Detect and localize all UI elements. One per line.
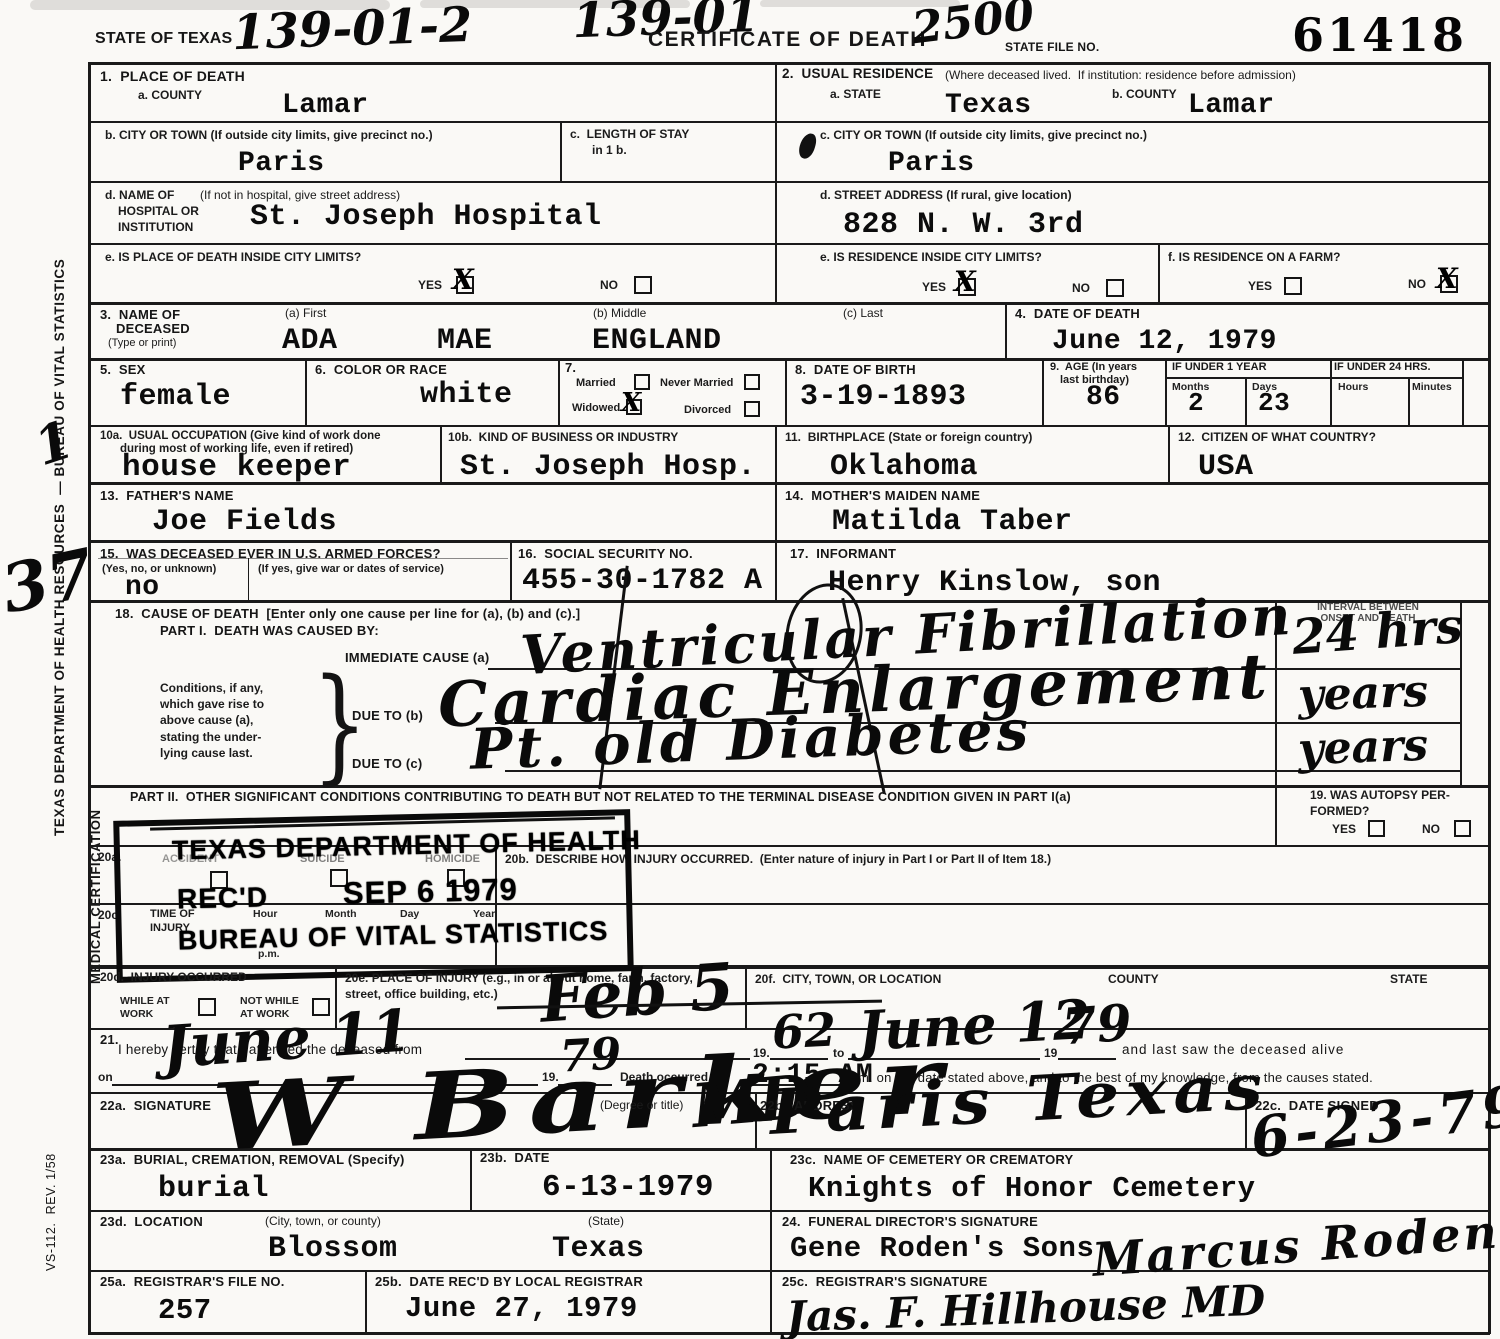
field-2e-limits-label: e. IS RESIDENCE INSIDE CITY LIMITS? [820, 250, 1042, 264]
field-2e-no-label: NO [1072, 281, 1090, 295]
field-9-days-value: 23 [1258, 388, 1290, 418]
field-23a-label: 23a. BURIAL, CREMATION, REMOVAL (Specify… [100, 1152, 405, 1167]
field-2-title: 2. USUAL RESIDENCE [782, 66, 933, 81]
field-5-sex-value: female [120, 380, 231, 414]
divider-line [770, 1210, 772, 1270]
field-2f-yes-checkbox [1284, 277, 1302, 295]
field-7-divorced-checkbox [744, 401, 760, 417]
field-18-due-c-label: DUE TO (c) [352, 756, 422, 771]
field-9-under1yr-header: IF UNDER 1 YEAR [1172, 361, 1267, 373]
field-14-mother-label: 14. MOTHER'S MAIDEN NAME [785, 488, 980, 503]
divider-line [1245, 377, 1247, 425]
field-23b-date-value: 6-13-1979 [542, 1170, 714, 1205]
divider-line [770, 1270, 772, 1332]
divider-line [305, 358, 307, 425]
divider-line [88, 540, 1490, 543]
field-3-middle-value: MAE [437, 324, 493, 358]
field-23a-value: burial [158, 1172, 269, 1206]
field-23b-date-label: 23b. DATE [480, 1150, 550, 1165]
field-16-ssn-label: 16. SOCIAL SECURITY NO. [518, 546, 693, 561]
divider-line [88, 243, 1490, 245]
field-9-under24-header: IF UNDER 24 HRS. [1334, 361, 1431, 373]
field-1e-yes-label: YES [418, 278, 442, 292]
field-23d-city-value: Blossom [268, 1232, 398, 1266]
divider-line [775, 425, 777, 482]
divider-line [745, 965, 747, 1028]
divider-line [1168, 425, 1170, 482]
stamp-line1: TEXAS DEPARTMENT OF HEALTH [172, 825, 642, 867]
field-20f-county-label: COUNTY [1108, 972, 1159, 986]
field-1d-label2: HOSPITAL OR [118, 204, 199, 218]
field-25a-value: 257 [158, 1294, 212, 1327]
field-24-funeral-home-typed: Gene Roden's Sons [790, 1232, 1094, 1265]
certificate-title: CERTIFICATE OF DEATH [648, 28, 927, 52]
field-1d-label: d. NAME OF [105, 188, 174, 202]
field-19-no-label: NO [1422, 822, 1440, 836]
interval-b-handwritten: years [1297, 670, 1428, 719]
field-22a-signature-label: 22a. SIGNATURE [100, 1098, 211, 1113]
field-25b-date-recd-label: 25b. DATE REC'D BY LOCAL REGISTRAR [375, 1274, 643, 1289]
field-8-dob-value: 3-19-1893 [800, 380, 967, 414]
divider-line [775, 540, 777, 600]
field-18-conditions-note: Conditions, if any, which gave rise to a… [160, 680, 264, 761]
field-10a-occupation-value: house keeper [122, 450, 351, 485]
field-18-title: 18. CAUSE OF DEATH [Enter only one cause… [115, 606, 580, 621]
divider-line [1158, 243, 1160, 302]
field-20f-state-label: STATE [1390, 972, 1428, 986]
divider-line [558, 358, 560, 425]
field-2f-no-check-mark: X [1436, 265, 1458, 293]
field-2b-county-label: b. COUNTY [1112, 87, 1177, 101]
margin-handwritten-37: 37 [0, 539, 100, 623]
divider-line [1462, 358, 1464, 425]
received-stamp: TEXAS DEPARTMENT OF HEALTH REC'D SEP 6 1… [113, 809, 634, 983]
field-2a-state-value: Texas [945, 90, 1032, 121]
field-7-widowed-check-mark: X [621, 390, 641, 416]
margin-form-code: VS-112. REV. 1/58 [44, 1090, 58, 1335]
field-1b-city-value: Paris [238, 148, 325, 179]
field-19-no-checkbox [1454, 820, 1471, 837]
divider-line [560, 121, 562, 181]
field-3-title3: (Type or print) [108, 337, 176, 349]
field-1c-stay-label2: in 1 b. [592, 143, 627, 157]
divider-line [510, 540, 512, 600]
margin-handwritten-1: 1 [29, 414, 79, 475]
field-1b-city-label: b. CITY OR TOWN (If outside city limits,… [105, 128, 433, 142]
field-3-first-label: (a) First [285, 306, 326, 320]
stamp-line3: BUREAU OF VITAL STATISTICS [178, 916, 609, 957]
field-23d-paren1: (City, town, or county) [265, 1214, 381, 1228]
field-21-pre19b: 19 [1044, 1046, 1057, 1060]
field-9-hours-label: Hours [1338, 381, 1368, 393]
field-10b-label: 10b. KIND OF BUSINESS OR INDUSTRY [448, 430, 678, 444]
field-2f-yes-label: YES [1248, 279, 1272, 293]
field-11-birthplace-label: 11. BIRTHPLACE (State or foreign country… [785, 430, 1032, 444]
cause-c-handwritten: Pt. old Diabetes [469, 702, 1033, 778]
field-3-last-label: (c) Last [843, 306, 883, 320]
field-13-father-value: Joe Fields [152, 505, 337, 539]
field-15-armed-forces-label: 15. WAS DECEASED EVER IN U.S. ARMED FORC… [100, 546, 441, 561]
field-3-title1: 3. NAME OF [100, 307, 180, 322]
field-2e-yes-label: YES [922, 280, 946, 294]
field-2c-city-label: c. CITY OR TOWN (If outside city limits,… [820, 128, 1147, 142]
field-1a-county-label: a. COUNTY [138, 88, 202, 102]
divider-line [88, 302, 1490, 305]
field-6-race-value: white [420, 378, 513, 412]
divider-line [1165, 358, 1167, 425]
field-2a-state-label: a. STATE [830, 87, 881, 101]
field-14-mother-value: Matilda Taber [832, 505, 1073, 539]
date-signed-handwritten: 6-23-79 [1248, 1077, 1500, 1166]
stamp-date: SEP 6 1979 [343, 872, 519, 912]
divider-line [88, 1210, 1490, 1212]
field-17-informant-label: 17. INFORMANT [790, 546, 896, 561]
state-of-texas-label: STATE OF TEXAS [95, 30, 232, 48]
divider-line [775, 62, 777, 302]
field-2b-county-value: Lamar [1188, 90, 1275, 121]
field-6-race-label: 6. COLOR OR RACE [315, 362, 447, 377]
divider-line [1408, 377, 1410, 425]
field-19-yes-label: YES [1332, 822, 1356, 836]
field-23d-paren2: (State) [588, 1214, 624, 1228]
divider-line [770, 1148, 772, 1210]
field-9-age-value: 86 [1086, 382, 1121, 413]
field-1d-label3: INSTITUTION [118, 220, 193, 234]
field-21-num: 21. [100, 1032, 119, 1047]
field-1-title: 1. PLACE OF DEATH [100, 68, 245, 84]
field-7-marital-label: 7. [565, 360, 576, 375]
field-8-dob-label: 8. DATE OF BIRTH [795, 362, 916, 377]
field-23d-state-value: Texas [552, 1232, 645, 1266]
divider-line [440, 425, 442, 482]
field-11-birthplace-value: Oklahoma [830, 450, 978, 484]
interval-c-handwritten: years [1297, 724, 1428, 773]
state-file-number: 61418 [1292, 8, 1467, 62]
field-18-part2: PART II. OTHER SIGNIFICANT CONDITIONS CO… [130, 790, 1071, 804]
field-13-father-label: 13. FATHER'S NAME [100, 488, 234, 503]
field-1e-yes-check-mark: X [452, 266, 474, 294]
divider-line [88, 425, 1490, 427]
field-2c-city-value: Paris [888, 148, 975, 179]
divider-line [88, 785, 1490, 788]
field-18-due-b-label: DUE TO (b) [352, 708, 423, 723]
divider-line [1488, 62, 1491, 1334]
divider-line [365, 1270, 367, 1332]
field-9-months-value: 2 [1188, 388, 1204, 418]
field-23d-location-label: 23d. LOCATION [100, 1214, 203, 1229]
field-25a-registrar-file-label: 25a. REGISTRAR'S FILE NO. [100, 1274, 285, 1289]
field-18-part1: PART I. DEATH WAS CAUSED BY: [160, 623, 379, 638]
field-20d-label: 20d. INJURY OCCURRED [100, 970, 247, 984]
field-1c-stay-label: c. LENGTH OF STAY [570, 127, 689, 141]
interval-a-handwritten: 24 hrs [1291, 602, 1465, 662]
field-10a-label1: 10a. USUAL OCCUPATION (Give kind of work… [100, 430, 381, 442]
field-5-sex-label: 5. SEX [100, 362, 145, 377]
divider-line [88, 121, 1490, 123]
field-21-on-label: on [98, 1070, 113, 1084]
field-4-date-of-death-value: June 12, 1979 [1052, 326, 1277, 357]
field-1d-hospital-value: St. Joseph Hospital [250, 200, 602, 234]
field-20f-label: 20f. CITY, TOWN, OR LOCATION [755, 972, 941, 986]
field-7-never-married-checkbox [744, 374, 760, 390]
field-2f-no-label: NO [1408, 277, 1426, 291]
field-23c-cemetery-value: Knights of Honor Cemetery [808, 1172, 1256, 1205]
field-7-divorced-label: Divorced [684, 404, 731, 416]
field-9-age-label1: 9. AGE (In years [1050, 361, 1137, 373]
field-16-ssn-value: 455-30-1782 A [522, 564, 763, 598]
field-19-yes-checkbox [1368, 820, 1385, 837]
field-2e-no-checkbox [1106, 279, 1124, 297]
field-1a-county-value: Lamar [282, 90, 369, 121]
field-3-title2: DECEASED [116, 321, 190, 336]
field-12-citizen-value: USA [1198, 450, 1254, 484]
field-23c-cemetery-label: 23c. NAME OF CEMETERY OR CREMATORY [790, 1152, 1073, 1167]
field-12-citizen-label: 12. CITIZEN OF WHAT COUNTRY? [1178, 430, 1376, 444]
divider-line [775, 482, 777, 540]
field-7-married-label: Married [576, 377, 616, 389]
state-file-no-label: STATE FILE NO. [1005, 40, 1099, 54]
divider-line [88, 358, 1490, 361]
field-10b-business-value: St. Joseph Hosp. [460, 450, 756, 484]
divider-line [785, 358, 787, 425]
divider-line [88, 181, 1490, 183]
field-2e-yes-check-mark: X [954, 268, 976, 296]
field-7-never-married-label: Never Married [660, 377, 733, 389]
field-1e-no-label: NO [600, 278, 618, 292]
field-4-date-of-death-label: 4. DATE OF DEATH [1015, 306, 1140, 321]
field-22a-degree-label: (Degree or title) [600, 1098, 683, 1112]
divider-line [88, 62, 1490, 65]
field-2f-farm-label: f. IS RESIDENCE ON A FARM? [1168, 250, 1340, 264]
field-2d-street-label: d. STREET ADDRESS (If rural, give locati… [820, 188, 1072, 202]
field-3-middle-label: (b) Middle [593, 306, 646, 320]
field-3-last-value: ENGLAND [592, 324, 722, 358]
field-1e-limits-label: e. IS PLACE OF DEATH INSIDE CITY LIMITS? [105, 250, 361, 264]
field-25b-value: June 27, 1979 [405, 1292, 638, 1325]
conditions-brace: } [312, 652, 368, 797]
field-7-widowed-label: Widowed [572, 402, 620, 414]
field-2d-street-value: 828 N. W. 3rd [843, 208, 1084, 242]
field-19-autopsy-label: 19. WAS AUTOPSY PER- FORMED? [1310, 788, 1450, 819]
field-15-value: no [125, 572, 160, 603]
ink-blot [797, 132, 818, 161]
from-date-handwritten: Feb 5 [538, 955, 736, 1032]
divider-line [1005, 302, 1007, 358]
divider-line [248, 558, 249, 600]
field-24-funeral-director-label: 24. FUNERAL DIRECTOR'S SIGNATURE [782, 1214, 1038, 1229]
field-1e-no-checkbox [634, 276, 652, 294]
field-3-first-value: ADA [282, 324, 338, 358]
stamp-recd: REC'D [177, 881, 269, 915]
divider-line [1330, 358, 1332, 425]
divider-line [88, 62, 91, 1334]
field-2-title-paren: (Where deceased lived. If institution: r… [945, 68, 1296, 82]
divider-line [1165, 377, 1462, 379]
field-15-sub2: (If yes, give war or dates of service) [258, 563, 444, 575]
death-certificate-scan: STATE OF TEXAS 139-01-2 139-01 CERTIFICA… [0, 0, 1500, 1339]
divider-line [1042, 358, 1044, 425]
field-9-minutes-label: Minutes [1412, 381, 1452, 393]
